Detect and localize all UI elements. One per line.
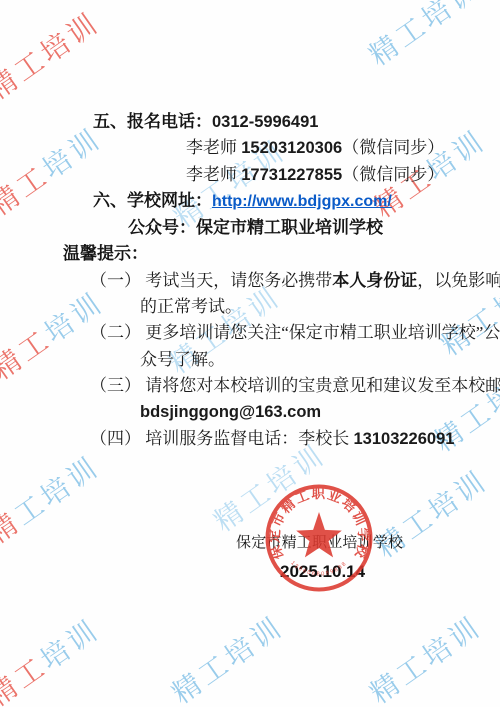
watermark-char: 训 xyxy=(450,466,494,510)
watermark-char: 工 xyxy=(9,488,53,532)
official-seal-stamp: 保定市精工职业培训学校 1306068089898 xyxy=(249,468,389,608)
text: （一） 考试当天，请您务必携带 xyxy=(90,271,332,290)
watermark-text: 精工培训 xyxy=(2,512,130,552)
watermark-char: 训 xyxy=(62,615,106,659)
watermark-char: 培 xyxy=(220,630,264,674)
text: 众号了解。 xyxy=(140,350,225,369)
watermark-char: 训 xyxy=(62,452,106,496)
watermark-char: 训 xyxy=(444,612,488,656)
number-text: bdsjinggong@163.com xyxy=(140,403,321,421)
text: 李老师 xyxy=(186,138,241,157)
text: （四） 培训服务监督电话：李校长 xyxy=(90,429,354,448)
bold-text: 温馨提示： xyxy=(63,244,148,263)
watermark-text: 精工培训 xyxy=(390,526,500,566)
school-website-link[interactable]: http://www.bdjgpx.com/ xyxy=(212,193,392,210)
watermark-char: 精 xyxy=(0,670,27,707)
text: （三） 请将您对本校培训的宝贵意见和建议发至本校邮箱 xyxy=(90,376,500,395)
bold-text: 五、报名电话： xyxy=(93,112,212,131)
text: ，以免影响您 xyxy=(417,271,500,290)
watermark-char: 培 xyxy=(36,470,80,514)
bold-text: 公众号：保定市精工职业培训学校 xyxy=(128,218,383,237)
document-line: 的正常考试。 xyxy=(140,294,500,320)
watermark-text: 精工培训 xyxy=(2,675,130,707)
watermark-char: 工 xyxy=(9,651,53,695)
text: 的正常考试。 xyxy=(140,297,242,316)
watermark-char: 精 xyxy=(365,667,409,707)
document-line: （二） 更多培训请您关注“保定市精工职业培训学校”公 xyxy=(90,320,500,346)
watermark-char: 培 xyxy=(36,633,80,677)
bold-text: 六、学校网址： xyxy=(93,191,212,210)
document-line: bdsjinggong@163.com xyxy=(140,399,500,425)
watermark-text: 精工培训 xyxy=(186,672,314,707)
watermark-char: 培 xyxy=(418,630,462,674)
watermark-char: 训 xyxy=(246,612,290,656)
document-line: 李老师 17731227855（微信同步） xyxy=(186,162,500,188)
watermark-char: 工 xyxy=(193,648,237,692)
document-line: （一） 考试当天，请您务必携带本人身份证，以免影响您 xyxy=(90,268,500,294)
document-line: 公众号：保定市精工职业培训学校 xyxy=(128,215,500,241)
number-text: 15203120306 xyxy=(241,139,342,157)
seal-serial-number: 1306068089898 xyxy=(289,560,348,577)
document-line: （四） 培训服务监督电话：李校长 13103226091 xyxy=(90,426,500,452)
star-icon xyxy=(296,512,342,557)
number-text: 13103226091 xyxy=(354,430,455,448)
watermark-char: 培 xyxy=(424,484,468,528)
watermark-char: 精 xyxy=(167,667,211,707)
number-text: 17731227855 xyxy=(241,166,342,184)
watermark-char: 精 xyxy=(0,507,27,551)
document-line: 众号了解。 xyxy=(140,347,500,373)
text: （微信同步） xyxy=(342,138,444,157)
text: （二） 更多培训请您关注“保定市精工职业培训学校”公 xyxy=(90,323,500,342)
document-line: 李老师 15203120306（微信同步） xyxy=(186,135,500,161)
document-line: 五、报名电话：0312-5996491 xyxy=(93,109,500,135)
bold-text: 本人身份证 xyxy=(332,271,417,290)
watermark-text: 精工培训 xyxy=(384,672,500,707)
document-line: 温馨提示： xyxy=(63,241,500,267)
watermark-char: 工 xyxy=(397,502,441,546)
watermark-char: 工 xyxy=(391,648,435,692)
document-line: （三） 请将您对本校培训的宝贵意见和建议发至本校邮箱 xyxy=(90,373,500,399)
document-body: 五、报名电话：0312-5996491李老师 15203120306（微信同步）… xyxy=(0,0,500,452)
number-text: 0312-5996491 xyxy=(212,113,318,131)
document-line: 六、学校网址：http://www.bdjgpx.com/ xyxy=(93,188,500,215)
document-page: 精工培训精工培训精工培训精工培训精工培训精工培训精工培训精工培训精工培训精工培训… xyxy=(0,0,500,707)
text: 李老师 xyxy=(186,165,241,184)
text: （微信同步） xyxy=(342,165,444,184)
